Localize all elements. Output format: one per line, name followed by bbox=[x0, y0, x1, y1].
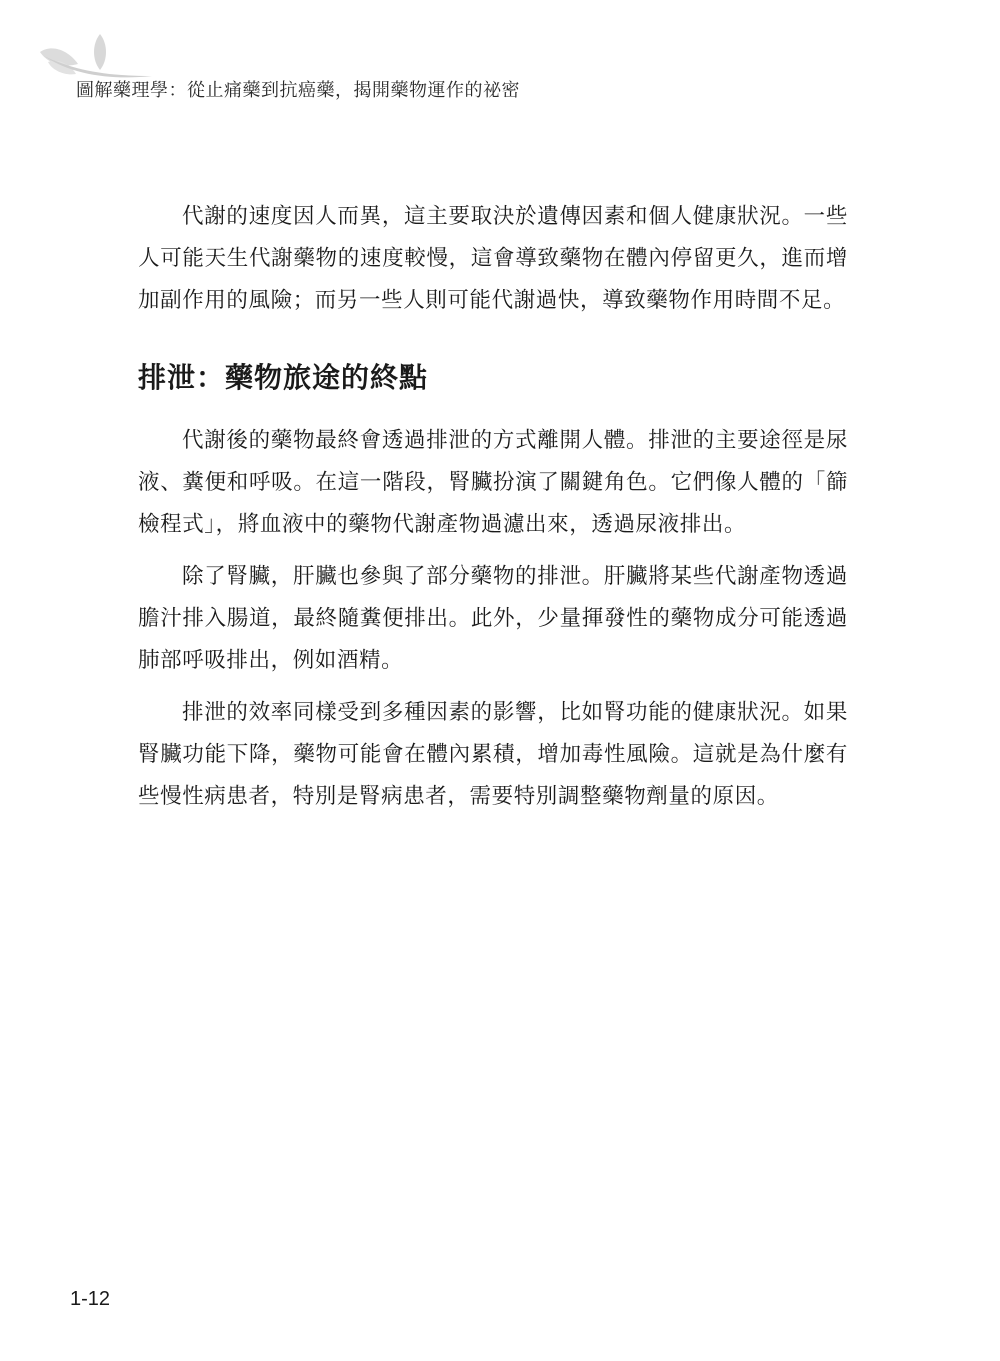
page-content: 代謝的速度因人而異，這主要取決於遺傳因素和個人健康狀況。一些人可能天生代謝藥物的… bbox=[138, 196, 848, 818]
page-number: 1-12 bbox=[70, 1288, 110, 1311]
excretion-paragraph-1: 代謝後的藥物最終會透過排泄的方式離開人體。排泄的主要途徑是尿液、糞便和呼吸。在這… bbox=[138, 420, 848, 546]
excretion-paragraph-3: 排泄的效率同樣受到多種因素的影響，比如腎功能的健康狀況。如果腎臟功能下降，藥物可… bbox=[138, 692, 848, 818]
running-header-book-title: 圖解藥理學：從止痛藥到抗癌藥，揭開藥物運作的祕密 bbox=[76, 76, 520, 102]
section-heading-excretion: 排泄：藥物旅途的終點 bbox=[138, 358, 848, 398]
excretion-paragraph-2: 除了腎臟，肝臟也參與了部分藥物的排泄。肝臟將某些代謝產物透過膽汁排入腸道，最終隨… bbox=[138, 556, 848, 682]
intro-paragraph: 代謝的速度因人而異，這主要取決於遺傳因素和個人健康狀況。一些人可能天生代謝藥物的… bbox=[138, 196, 848, 322]
